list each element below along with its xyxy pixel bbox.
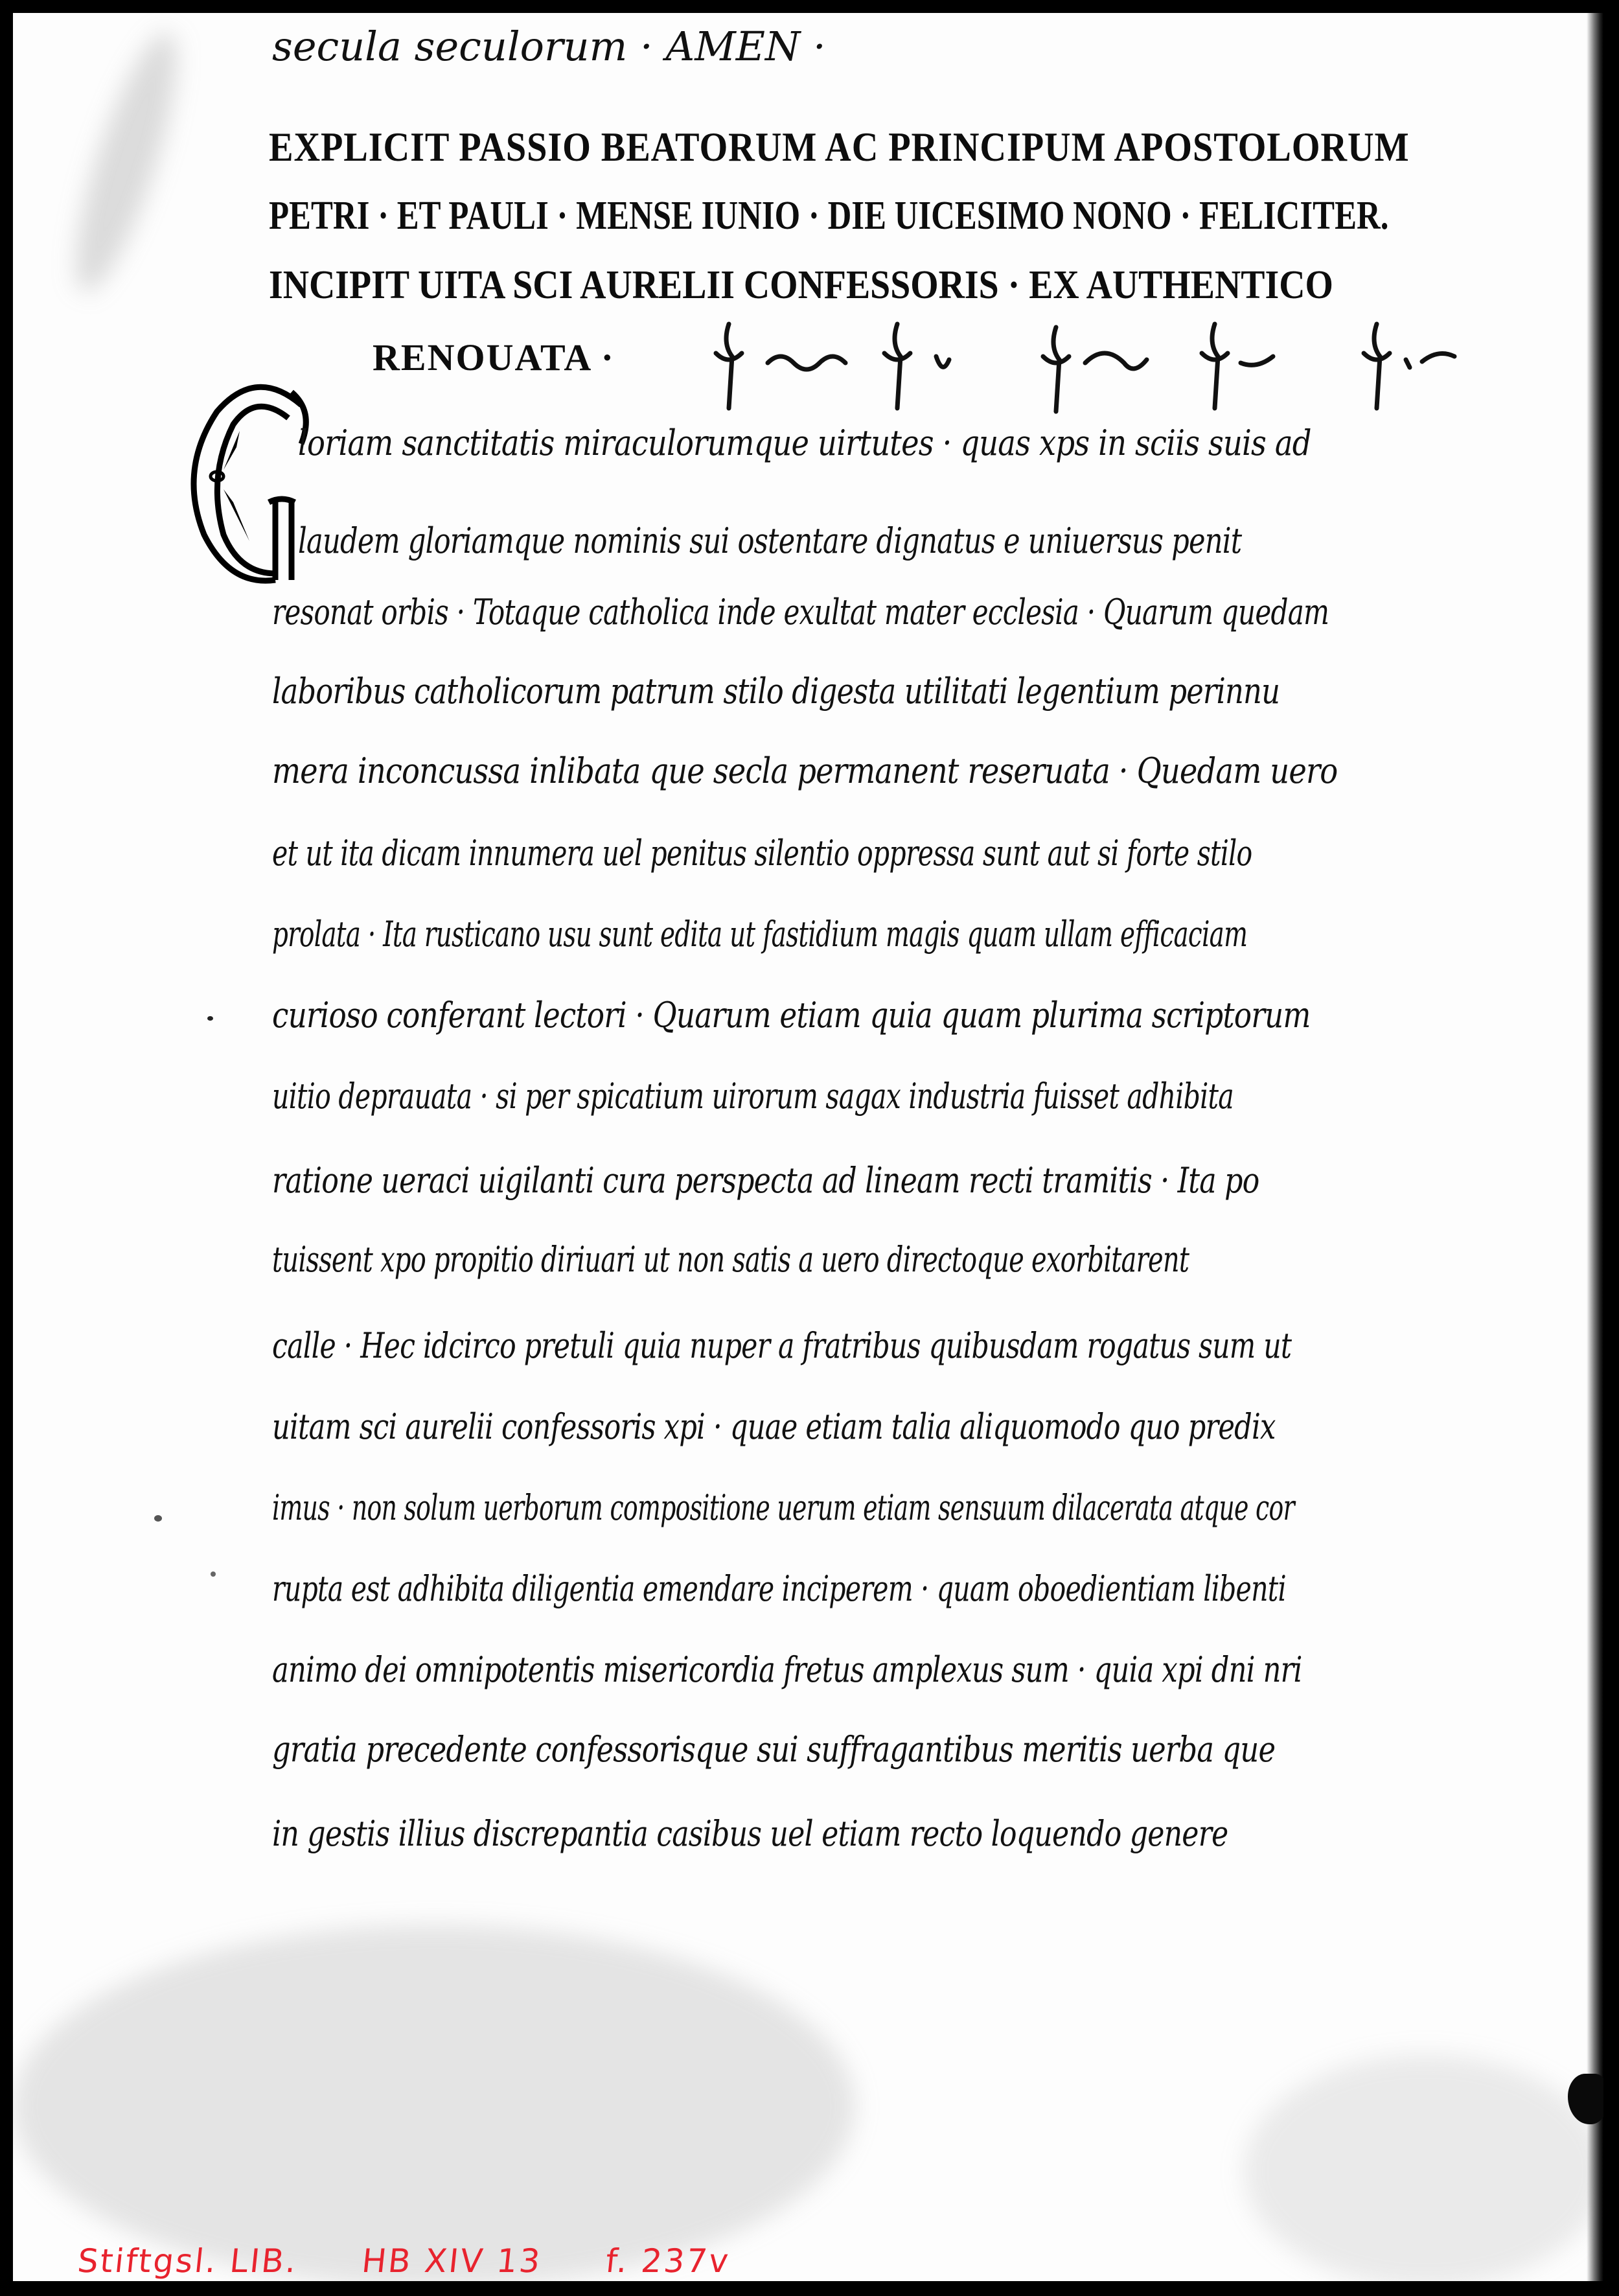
body-line: uitam sci aurelii confessoris xpi · quae… [272, 1406, 1276, 1447]
body-line: calle · Hec idcirco pretuli quia nuper a… [272, 1325, 1291, 1366]
library-shelfmark-annotation: Stiftgsl. LIB. HB XIV 13 f. 237v [76, 2242, 784, 2280]
body-line: resonat orbis · Totaque catholica inde e… [272, 592, 1329, 632]
body-line: ratione ueraci uigilanti cura perspecta … [272, 1160, 1259, 1201]
margin-mark [211, 1571, 216, 1577]
stain-bottom-right [1244, 2054, 1603, 2281]
shelfmark-folio: f. 237v [604, 2242, 732, 2280]
manuscript-page: secula seculorum · AMEN · EXPLICIT PASSI… [13, 13, 1603, 2281]
line-filler-ornament-icon [703, 318, 1552, 415]
body-line: rupta est adhibita diligentia emendare i… [272, 1568, 1286, 1609]
stain-bottom-left [13, 1925, 855, 2281]
body-line: tuissent xpo propitio diriuari ut non sa… [272, 1239, 1189, 1280]
body-line: imus · non solum uerborum compositione u… [272, 1487, 1294, 1528]
body-line: uitio deprauata · si per spicatium uiror… [272, 1076, 1234, 1117]
body-line: curioso conferant lectori · Quarum etiam… [272, 995, 1311, 1036]
body-line: prolata · Ita rusticano usu sunt edita u… [272, 914, 1247, 955]
header-line-renouata: RENOUATA · [373, 336, 615, 379]
header-line-petri: PETRI · ET PAULI · MENSE IUNIO · DIE UIC… [269, 193, 1388, 239]
shelfmark-library: Stiftgsl. LIB. [76, 2242, 300, 2280]
header-line-explicit: EXPLICIT PASSIO BEATORUM AC PRINCIPUM AP… [269, 123, 1410, 171]
page-gutter-edge [1587, 13, 1603, 2281]
body-line: in gestis illius discrepantia casibus ue… [272, 1813, 1228, 1854]
margin-mark [154, 1515, 162, 1522]
body-line: mera inconcussa inlibata que secla perma… [272, 750, 1337, 791]
body-line: et ut ita dicam innumera uel penitus sil… [272, 833, 1252, 874]
body-line: loriam sanctitatis miraculorumque uirtut… [298, 423, 1311, 463]
body-line: laboribus catholicorum patrum stilo dige… [272, 671, 1280, 712]
body-line: animo dei omnipotentis misericordia fret… [272, 1649, 1302, 1690]
header-line-amen: secula seculorum · AMEN · [272, 23, 826, 70]
stain-top-left [56, 23, 196, 300]
shelfmark-codex: HB XIV 13 [360, 2242, 544, 2280]
body-line: laudem gloriamque nominis sui ostentare … [298, 520, 1241, 561]
margin-mark [207, 1016, 213, 1021]
body-line: gratia precedente confessorisque sui suf… [272, 1729, 1275, 1770]
header-line-incipit: INCIPIT UITA SCI AURELII CONFESSORIS · E… [269, 262, 1333, 308]
